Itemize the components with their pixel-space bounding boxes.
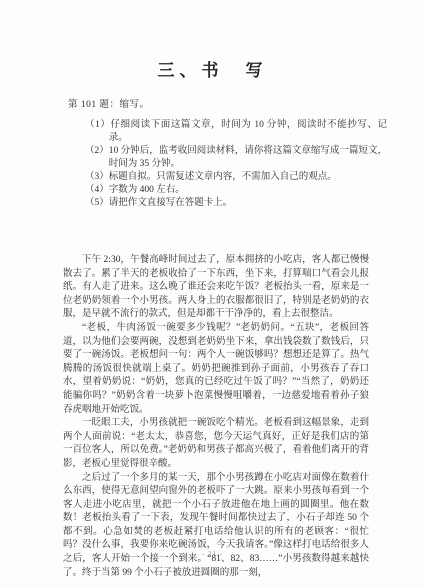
passage-paragraph: 之后过了一个多月的某一天，那个小男孩蹲在小吃店对面像在数着什么东西，使得无意间望… <box>63 472 369 581</box>
section-title: 三、书 写 <box>0 0 425 81</box>
passage: 下午 2:30，午餐高峰时间过去了，原本拥挤的小吃店，客人都已慢慢散去了。累了半… <box>63 254 369 580</box>
instruction-item: （5）请把作文直接写在答题卡上。 <box>85 197 387 210</box>
instruction-list: （1）仔细阅读下面这篇文章，时间为 10 分钟，阅读时不能抄写、记录。 （2）1… <box>85 119 387 210</box>
passage-paragraph: 一眨眼工夫，小男孩就把一碗饭吃个精光。老板看到这幅景象，走到两个人面前说：“老太… <box>63 417 369 471</box>
instruction-item: （4）字数为 400 左右。 <box>85 184 387 197</box>
page-number: - 21 - <box>0 550 425 558</box>
instruction-item: （1）仔细阅读下面这篇文章，时间为 10 分钟，阅读时不能抄写、记录。 <box>85 119 387 145</box>
document-page: 三、书 写 第 101 题：缩写。 （1）仔细阅读下面这篇文章，时间为 10 分… <box>0 0 425 587</box>
instruction-item: （2）10 分钟后，监考收回阅读材料，请你将这篇文章缩写成一篇短文，时间为 35… <box>85 145 387 171</box>
instruction-item: （3）标题自拟。只需复述文章内容，不需加入自己的观点。 <box>85 171 387 184</box>
passage-paragraph: “老板，牛肉汤饭一碗要多少钱呢？”老奶奶问。“五块”，老板回答道，以为他们会要两… <box>63 322 369 417</box>
question-label: 第 101 题：缩写。 <box>0 96 425 110</box>
passage-paragraph: 下午 2:30，午餐高峰时间过去了，原本拥挤的小吃店，客人都已慢慢散去了。累了半… <box>63 254 369 322</box>
